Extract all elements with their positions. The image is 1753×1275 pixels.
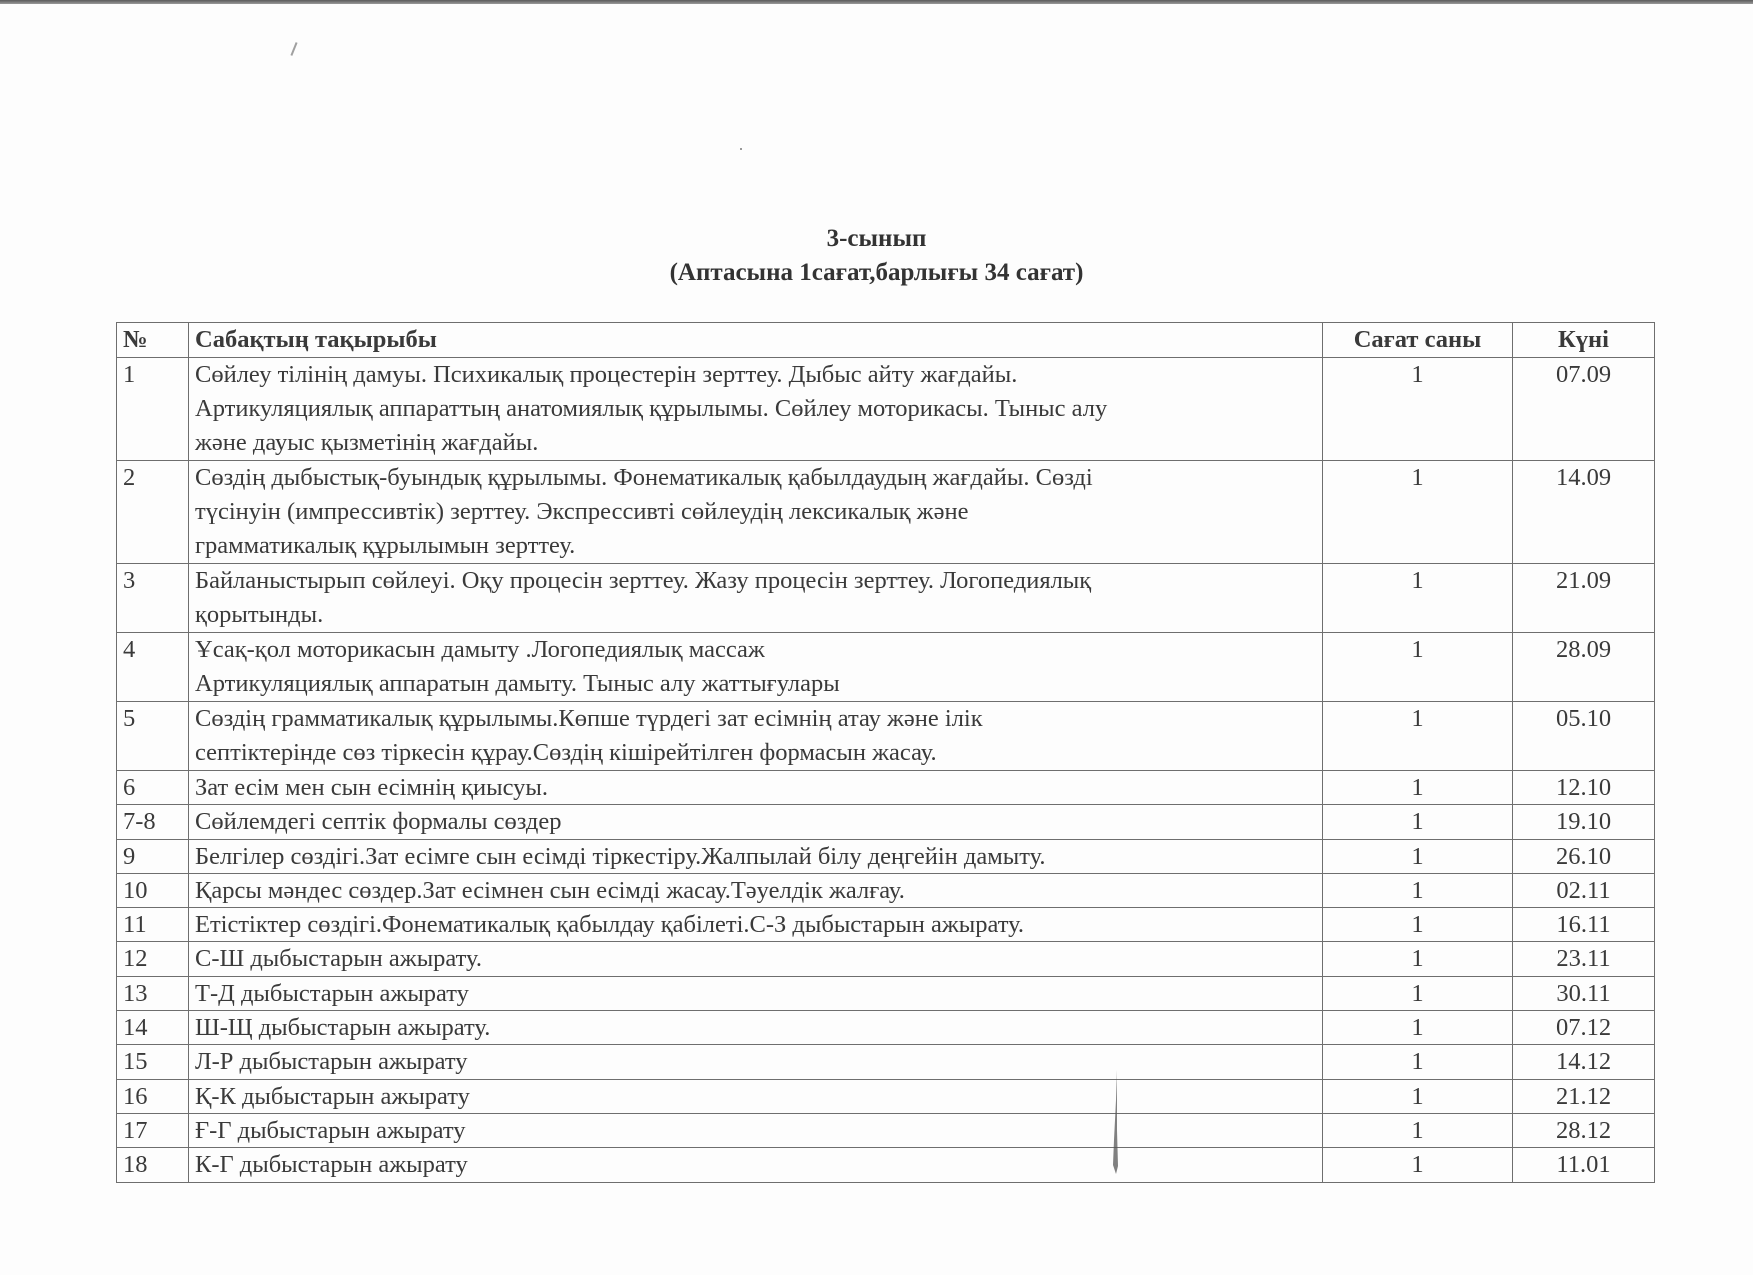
row-topic: Л-Р дыбыстарын ажырату (189, 1045, 1323, 1079)
row-hours: 1 (1323, 461, 1513, 564)
row-date: 14.09 (1513, 461, 1655, 564)
topic-line: Зат есім мен сын есімнің қиысуы. (195, 771, 1316, 804)
row-number: 13 (117, 976, 189, 1010)
row-hours: 1 (1323, 1011, 1513, 1045)
row-number: 5 (117, 702, 189, 771)
document-subtitle: (Аптасына 1сағат,барлығы 34 сағат) (0, 259, 1753, 287)
row-number: 11 (117, 908, 189, 942)
topic-line: Сөйлемдегі септік формалы сөздер (195, 805, 1316, 838)
lesson-plan-table: № Сабақтың тақырыбы Сағат саны Күні 1Сөй… (116, 322, 1655, 1183)
row-date: 19.10 (1513, 805, 1655, 839)
row-number: 6 (117, 771, 189, 805)
row-date: 21.12 (1513, 1079, 1655, 1113)
row-hours: 1 (1323, 358, 1513, 461)
table-row: 15Л-Р дыбыстарын ажырату114.12 (117, 1045, 1655, 1079)
row-hours: 1 (1323, 564, 1513, 633)
row-number: 16 (117, 1079, 189, 1113)
topic-line: Артикуляциялық аппаратын дамыту. Тыныс а… (195, 667, 1316, 701)
row-topic: Зат есім мен сын есімнің қиысуы. (189, 771, 1323, 805)
topic-line: С-Ш дыбыстарын ажырату. (195, 942, 1316, 975)
row-date: 07.12 (1513, 1011, 1655, 1045)
table-row: 5Сөздің грамматикалық құрылымы.Көпше түр… (117, 702, 1655, 771)
row-topic: К-Г дыбыстарын ажырату (189, 1148, 1323, 1182)
topic-line: қорытынды. (195, 598, 1316, 632)
topic-line: Сөздің грамматикалық құрылымы.Көпше түрд… (195, 702, 1316, 736)
row-date: 16.11 (1513, 908, 1655, 942)
row-number: 3 (117, 564, 189, 633)
header-date: Күні (1513, 323, 1655, 358)
row-topic: Байланыстырып сөйлеуі. Оқу процесін зерт… (189, 564, 1323, 633)
table-row: 7-8Сөйлемдегі септік формалы сөздер119.1… (117, 805, 1655, 839)
row-date: 28.09 (1513, 633, 1655, 702)
topic-line: Ұсақ-қол моторикасын дамыту .Логопедиялы… (195, 633, 1316, 667)
row-number: 9 (117, 839, 189, 873)
topic-line: және дауыс қызметінің жағдайы. (195, 426, 1316, 460)
table-row: 11Етістіктер сөздігі.Фонематикалық қабыл… (117, 908, 1655, 942)
row-date: 30.11 (1513, 976, 1655, 1010)
table-row: 9Белгілер сөздігі.Зат есімге сын есімді … (117, 839, 1655, 873)
topic-line: Ғ-Г дыбыстарын ажырату (195, 1114, 1316, 1147)
topic-line: Артикуляциялық аппараттың анатомиялық құ… (195, 392, 1316, 426)
table-body: 1Сөйлеу тілінің дамуы. Психикалық процес… (117, 358, 1655, 1183)
row-topic: Сөйлеу тілінің дамуы. Психикалық процест… (189, 358, 1323, 461)
topic-line: Байланыстырып сөйлеуі. Оқу процесін зерт… (195, 564, 1316, 598)
row-topic: Қ-К дыбыстарын ажырату (189, 1079, 1323, 1113)
row-number: 4 (117, 633, 189, 702)
row-topic: Сөздің грамматикалық құрылымы.Көпше түрд… (189, 702, 1323, 771)
scan-edge-shadow (0, 0, 1753, 4)
table-row: 4Ұсақ-қол моторикасын дамыту .Логопедиял… (117, 633, 1655, 702)
scan-speck (740, 148, 742, 150)
topic-line: түсінуін (импрессивтік) зерттеу. Экспрес… (195, 495, 1316, 529)
header-number: № (117, 323, 189, 358)
row-topic: Ш-Щ дыбыстарын ажырату. (189, 1011, 1323, 1045)
row-hours: 1 (1323, 1148, 1513, 1182)
row-hours: 1 (1323, 1113, 1513, 1147)
row-number: 18 (117, 1148, 189, 1182)
table-row: 14Ш-Щ дыбыстарын ажырату.107.12 (117, 1011, 1655, 1045)
row-number: 1 (117, 358, 189, 461)
row-topic: Сөздің дыбыстық-буындық құрылымы. Фонема… (189, 461, 1323, 564)
topic-line: Қарсы мәндес сөздер.Зат есімнен сын есім… (195, 874, 1316, 907)
row-topic: Қарсы мәндес сөздер.Зат есімнен сын есім… (189, 873, 1323, 907)
pen-stroke-mark (1111, 1070, 1119, 1178)
row-hours: 1 (1323, 633, 1513, 702)
row-date: 21.09 (1513, 564, 1655, 633)
table-header-row: № Сабақтың тақырыбы Сағат саны Күні (117, 323, 1655, 358)
row-number: 10 (117, 873, 189, 907)
row-number: 15 (117, 1045, 189, 1079)
row-topic: Т-Д дыбыстарын ажырату (189, 976, 1323, 1010)
row-number: 14 (117, 1011, 189, 1045)
topic-line: Белгілер сөздігі.Зат есімге сын есімді т… (195, 840, 1316, 873)
table-row: 13Т-Д дыбыстарын ажырату130.11 (117, 976, 1655, 1010)
row-topic: Ұсақ-қол моторикасын дамыту .Логопедиялы… (189, 633, 1323, 702)
row-date: 28.12 (1513, 1113, 1655, 1147)
row-topic: Ғ-Г дыбыстарын ажырату (189, 1113, 1323, 1147)
row-date: 23.11 (1513, 942, 1655, 976)
topic-line: Қ-К дыбыстарын ажырату (195, 1080, 1316, 1113)
header-topic: Сабақтың тақырыбы (189, 323, 1323, 358)
pen-mark (290, 42, 297, 56)
row-hours: 1 (1323, 1079, 1513, 1113)
row-hours: 1 (1323, 805, 1513, 839)
row-hours: 1 (1323, 976, 1513, 1010)
topic-line: Ш-Щ дыбыстарын ажырату. (195, 1011, 1316, 1044)
row-date: 11.01 (1513, 1148, 1655, 1182)
topic-line: Сөздің дыбыстық-буындық құрылымы. Фонема… (195, 461, 1316, 495)
header-hours: Сағат саны (1323, 323, 1513, 358)
table-row: 6Зат есім мен сын есімнің қиысуы.112.10 (117, 771, 1655, 805)
row-date: 05.10 (1513, 702, 1655, 771)
row-number: 2 (117, 461, 189, 564)
table-row: 16Қ-К дыбыстарын ажырату121.12 (117, 1079, 1655, 1113)
topic-line: К-Г дыбыстарын ажырату (195, 1148, 1316, 1181)
row-hours: 1 (1323, 873, 1513, 907)
row-date: 07.09 (1513, 358, 1655, 461)
row-topic: С-Ш дыбыстарын ажырату. (189, 942, 1323, 976)
row-hours: 1 (1323, 702, 1513, 771)
table-row: 10Қарсы мәндес сөздер.Зат есімнен сын ес… (117, 873, 1655, 907)
row-topic: Етістіктер сөздігі.Фонематикалық қабылда… (189, 908, 1323, 942)
topic-line: Т-Д дыбыстарын ажырату (195, 977, 1316, 1010)
row-number: 17 (117, 1113, 189, 1147)
topic-line: Л-Р дыбыстарын ажырату (195, 1045, 1316, 1078)
table-row: 2Сөздің дыбыстық-буындық құрылымы. Фонем… (117, 461, 1655, 564)
row-number: 7-8 (117, 805, 189, 839)
row-number: 12 (117, 942, 189, 976)
topic-line: Етістіктер сөздігі.Фонематикалық қабылда… (195, 908, 1316, 941)
row-date: 14.12 (1513, 1045, 1655, 1079)
row-date: 12.10 (1513, 771, 1655, 805)
row-hours: 1 (1323, 942, 1513, 976)
document-title: 3-сынып (0, 225, 1753, 253)
table-row: 18К-Г дыбыстарын ажырату111.01 (117, 1148, 1655, 1182)
table-row: 12С-Ш дыбыстарын ажырату.123.11 (117, 942, 1655, 976)
row-date: 02.11 (1513, 873, 1655, 907)
row-hours: 1 (1323, 839, 1513, 873)
row-topic: Сөйлемдегі септік формалы сөздер (189, 805, 1323, 839)
topic-line: Сөйлеу тілінің дамуы. Психикалық процест… (195, 358, 1316, 392)
topic-line: грамматикалық құрылымын зерттеу. (195, 529, 1316, 563)
table-row: 3Байланыстырып сөйлеуі. Оқу процесін зер… (117, 564, 1655, 633)
row-hours: 1 (1323, 771, 1513, 805)
table-row: 1Сөйлеу тілінің дамуы. Психикалық процес… (117, 358, 1655, 461)
row-topic: Белгілер сөздігі.Зат есімге сын есімді т… (189, 839, 1323, 873)
row-hours: 1 (1323, 908, 1513, 942)
topic-line: септіктерінде сөз тіркесін құрау.Сөздің … (195, 736, 1316, 770)
row-hours: 1 (1323, 1045, 1513, 1079)
row-date: 26.10 (1513, 839, 1655, 873)
table-row: 17Ғ-Г дыбыстарын ажырату128.12 (117, 1113, 1655, 1147)
